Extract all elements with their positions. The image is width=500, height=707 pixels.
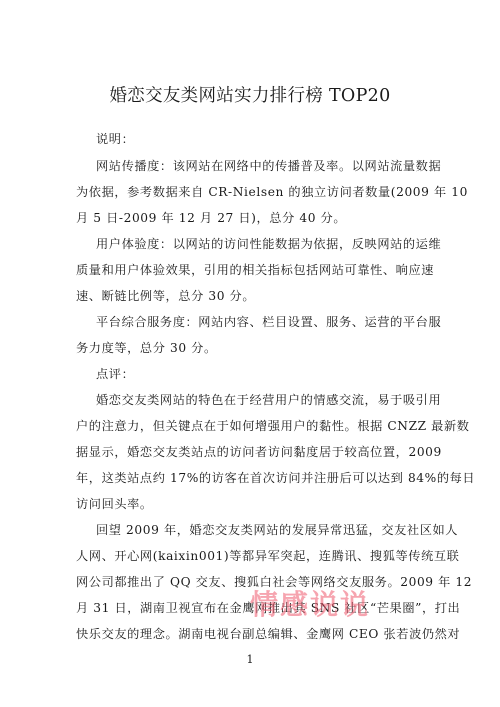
paragraph-line: 户的注意力，但关键点在于如何增强用户的黏性。根据 CNZZ 最新数 — [76, 417, 436, 434]
paragraph-line: 务力度等，总分 30 分。 — [76, 339, 436, 356]
paragraph-line: 据显示，婚恋交友类站点的访问者访问黏度居于较高位置，2009 — [76, 443, 436, 460]
paragraph-line: 为依据，参考数据来自 CR-Nielsen 的独立访问者数量(2009 年 10 — [76, 183, 436, 200]
section-label-notes: 说明： — [96, 130, 456, 147]
paragraph-line: 平台综合服务度：网站内容、栏目设置、服务、运营的平台服 — [96, 313, 456, 330]
paragraph-line: 质量和用户体验效果，引用的相关指标包括网站可靠性、响应速 — [76, 261, 436, 278]
paragraph-line: 访问回头率。 — [76, 495, 436, 512]
paragraph-line: 用户体验度：以网站的访问性能数据为依据，反映网站的运维 — [96, 235, 456, 252]
paragraph-line: 速、断链比例等，总分 30 分。 — [76, 287, 436, 304]
section-label-review: 点评： — [96, 365, 456, 382]
paragraph-line: 网站传播度：该网站在网络中的传播普及率。以网站流量数据 — [96, 157, 456, 174]
page-number: 1 — [0, 653, 500, 666]
watermark: 情感说说 — [250, 583, 370, 623]
document-title: 婚恋交友类网站实力排行榜 TOP20 — [0, 82, 500, 107]
paragraph-line: 月 5 日-2009 年 12 月 27 日)，总分 40 分。 — [76, 209, 436, 226]
paragraph-line: 年，这类站点约 17%的访客在首次访问并注册后可以达到 84%的每日 — [76, 469, 436, 486]
paragraph-line: 快乐交友的理念。湖南电视台副总编辑、金鹰网 CEO 张若波仍然对 — [76, 625, 436, 642]
paragraph-line: 人网、开心网(kaixin001)等都异军突起，连腾讯、搜狐等传统互联 — [76, 547, 436, 564]
paragraph-line: 婚恋交友类网站的特色在于经营用户的情感交流，易于吸引用 — [96, 391, 456, 408]
paragraph-line: 回望 2009 年，婚恋交友类网站的发展异常迅猛，交友社区如人 — [96, 521, 456, 538]
